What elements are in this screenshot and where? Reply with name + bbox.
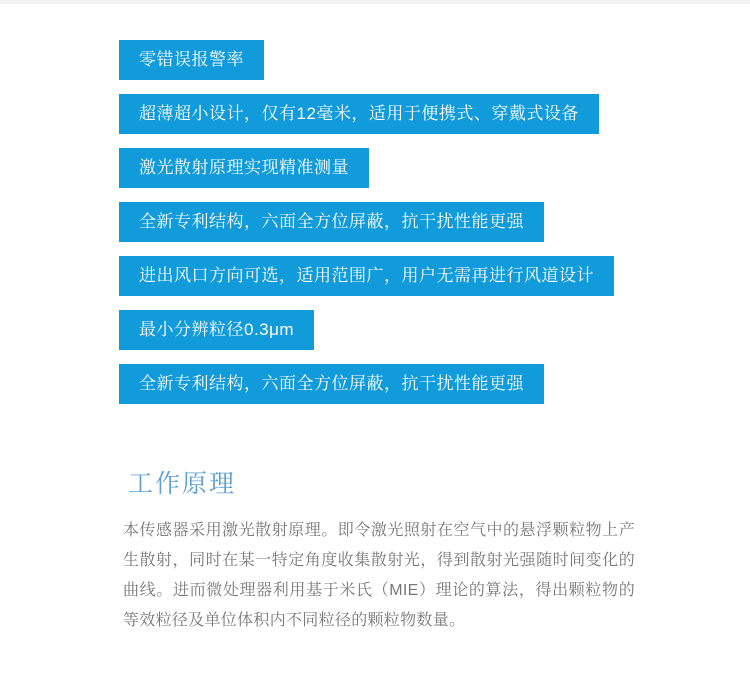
product-detail-page: 零错误报警率 超薄超小设计，仅有12毫米，适用于便携式、穿戴式设备 激光散射原理…: [0, 0, 750, 677]
section-title-working-principle: 工作原理: [128, 464, 750, 500]
top-divider-strip: [0, 0, 750, 4]
feature-banner-patented-shielding: 全新专利结构，六面全方位屏蔽，抗干扰性能更强: [119, 202, 544, 242]
working-principle-section: 工作原理 本传感器采用激光散射原理。即令激光照射在空气中的悬浮颗粒物上产生散射，…: [0, 464, 750, 636]
feature-banner-zero-false-alarm: 零错误报警率: [119, 40, 264, 80]
feature-banner-ultra-thin-design: 超薄超小设计，仅有12毫米，适用于便携式、穿戴式设备: [119, 94, 599, 134]
feature-banner-laser-scattering: 激光散射原理实现精准测量: [119, 148, 369, 188]
feature-banner-patented-shielding-2: 全新专利结构，六面全方位屏蔽，抗干扰性能更强: [119, 364, 544, 404]
feature-banner-list: 零错误报警率 超薄超小设计，仅有12毫米，适用于便携式、穿戴式设备 激光散射原理…: [119, 40, 750, 404]
feature-banner-airflow-direction: 进出风口方向可选，适用范围广，用户无需再进行风道设计: [119, 256, 614, 296]
feature-banner-min-particle-size: 最小分辨粒径0.3μm: [119, 310, 314, 350]
working-principle-paragraph: 本传感器采用激光散射原理。即令激光照射在空气中的悬浮颗粒物上产生散射，同时在某一…: [123, 516, 635, 636]
